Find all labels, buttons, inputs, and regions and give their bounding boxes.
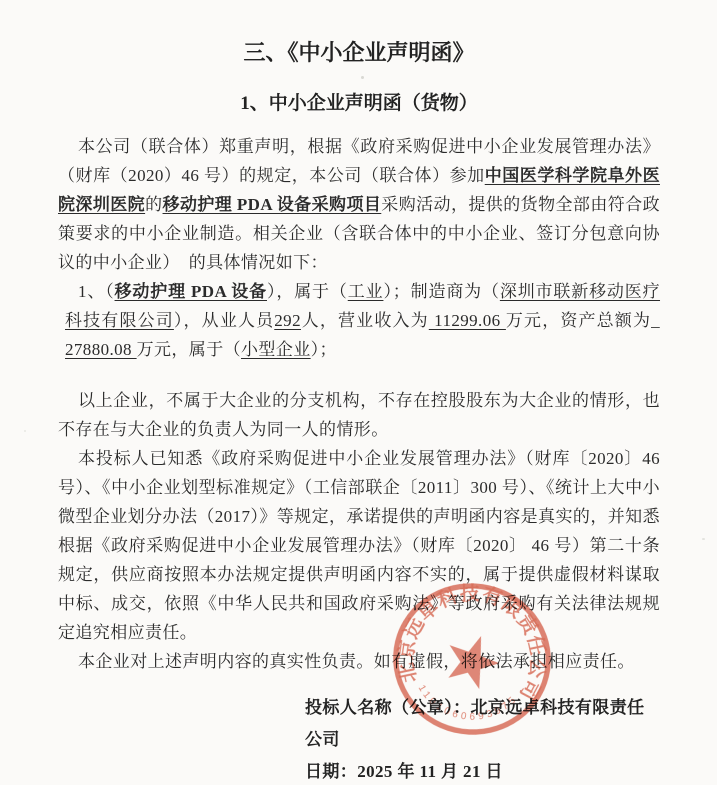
bidder-name-line: 投标人名称（公章）：北京远卓科技有限责任公司 bbox=[305, 692, 660, 756]
scan-speckle bbox=[702, 538, 705, 540]
text-run: ），属于（ bbox=[267, 282, 348, 301]
paragraph-regulations: 本投标人已知悉《政府采购促进中小企业发展管理办法》（财库〔2020〕46 号）、… bbox=[58, 444, 660, 647]
text-run: 的 bbox=[145, 195, 162, 214]
paragraph-responsibility: 本企业对上述声明内容的真实性负责。如有虚假，将依法承担相应责任。 bbox=[58, 647, 660, 676]
doc-subtitle: 1、中小企业声明函（货物） bbox=[58, 88, 660, 115]
doc-title: 三、《中小企业声明函》 bbox=[58, 36, 660, 67]
text-run: 1、（ bbox=[78, 282, 115, 301]
text-run: ）；制造商为（ bbox=[383, 282, 499, 301]
text-run: ），从业人员 bbox=[174, 311, 274, 330]
text-run: 工业 bbox=[348, 282, 384, 301]
text-run: 移动护理 PDA 设备采购项目 bbox=[163, 195, 382, 214]
text-run: _ bbox=[651, 311, 660, 330]
text-run: 本企业对上述声明内容的真实性负责。如有虚假，将依法承担相应责任。 bbox=[78, 652, 635, 671]
text-run: 小型企业 bbox=[241, 340, 311, 359]
scanned-document-page: { "page": { "background": "#fbfaf8", "te… bbox=[0, 0, 717, 785]
paragraph-no-large-enterprise: 以上企业，不属于大企业的分支机构，不存在控股股东为大企业的情形，也不存在与大企业… bbox=[58, 386, 660, 444]
paragraph-item-1: 1、（移动护理 PDA 设备），属于（工业）；制造商为（深圳市联新移动医疗科技有… bbox=[65, 277, 660, 364]
scan-speckle bbox=[24, 430, 26, 432]
signature-block: 投标人名称（公章）：北京远卓科技有限责任公司 日期：2025 年 11 月 21… bbox=[305, 692, 660, 785]
text-run: ）； bbox=[311, 340, 337, 359]
text-run: 292 bbox=[274, 311, 301, 330]
document-page: 三、《中小企业声明函》 1、中小企业声明函（货物） 本公司（联合体）郑重声明，根… bbox=[58, 0, 660, 785]
text-run: 万元，资产总额为 bbox=[506, 311, 651, 330]
text-run: 11299.06 bbox=[429, 311, 506, 330]
text-run: 本投标人已知悉《政府采购促进中小企业发展管理办法》（财库〔2020〕46 号）、… bbox=[58, 449, 660, 642]
date-line: 日期：2025 年 11 月 21 日 bbox=[305, 756, 660, 785]
document-body: 本公司（联合体）郑重声明，根据《政府采购促进中小企业发展管理办法》（财库（202… bbox=[58, 132, 660, 676]
text-run: 27880.08 bbox=[65, 340, 137, 359]
text-run: 移动护理 PDA 设备 bbox=[115, 282, 267, 301]
text-run: 人，营业收入为 bbox=[301, 311, 429, 330]
text-run: 万元，属于（ bbox=[137, 340, 241, 359]
text-run: 以上企业，不属于大企业的分支机构，不存在控股股东为大企业的情形，也不存在与大企业… bbox=[58, 391, 660, 439]
paragraph-declaration: 本公司（联合体）郑重声明，根据《政府采购促进中小企业发展管理办法》（财库（202… bbox=[58, 132, 660, 277]
